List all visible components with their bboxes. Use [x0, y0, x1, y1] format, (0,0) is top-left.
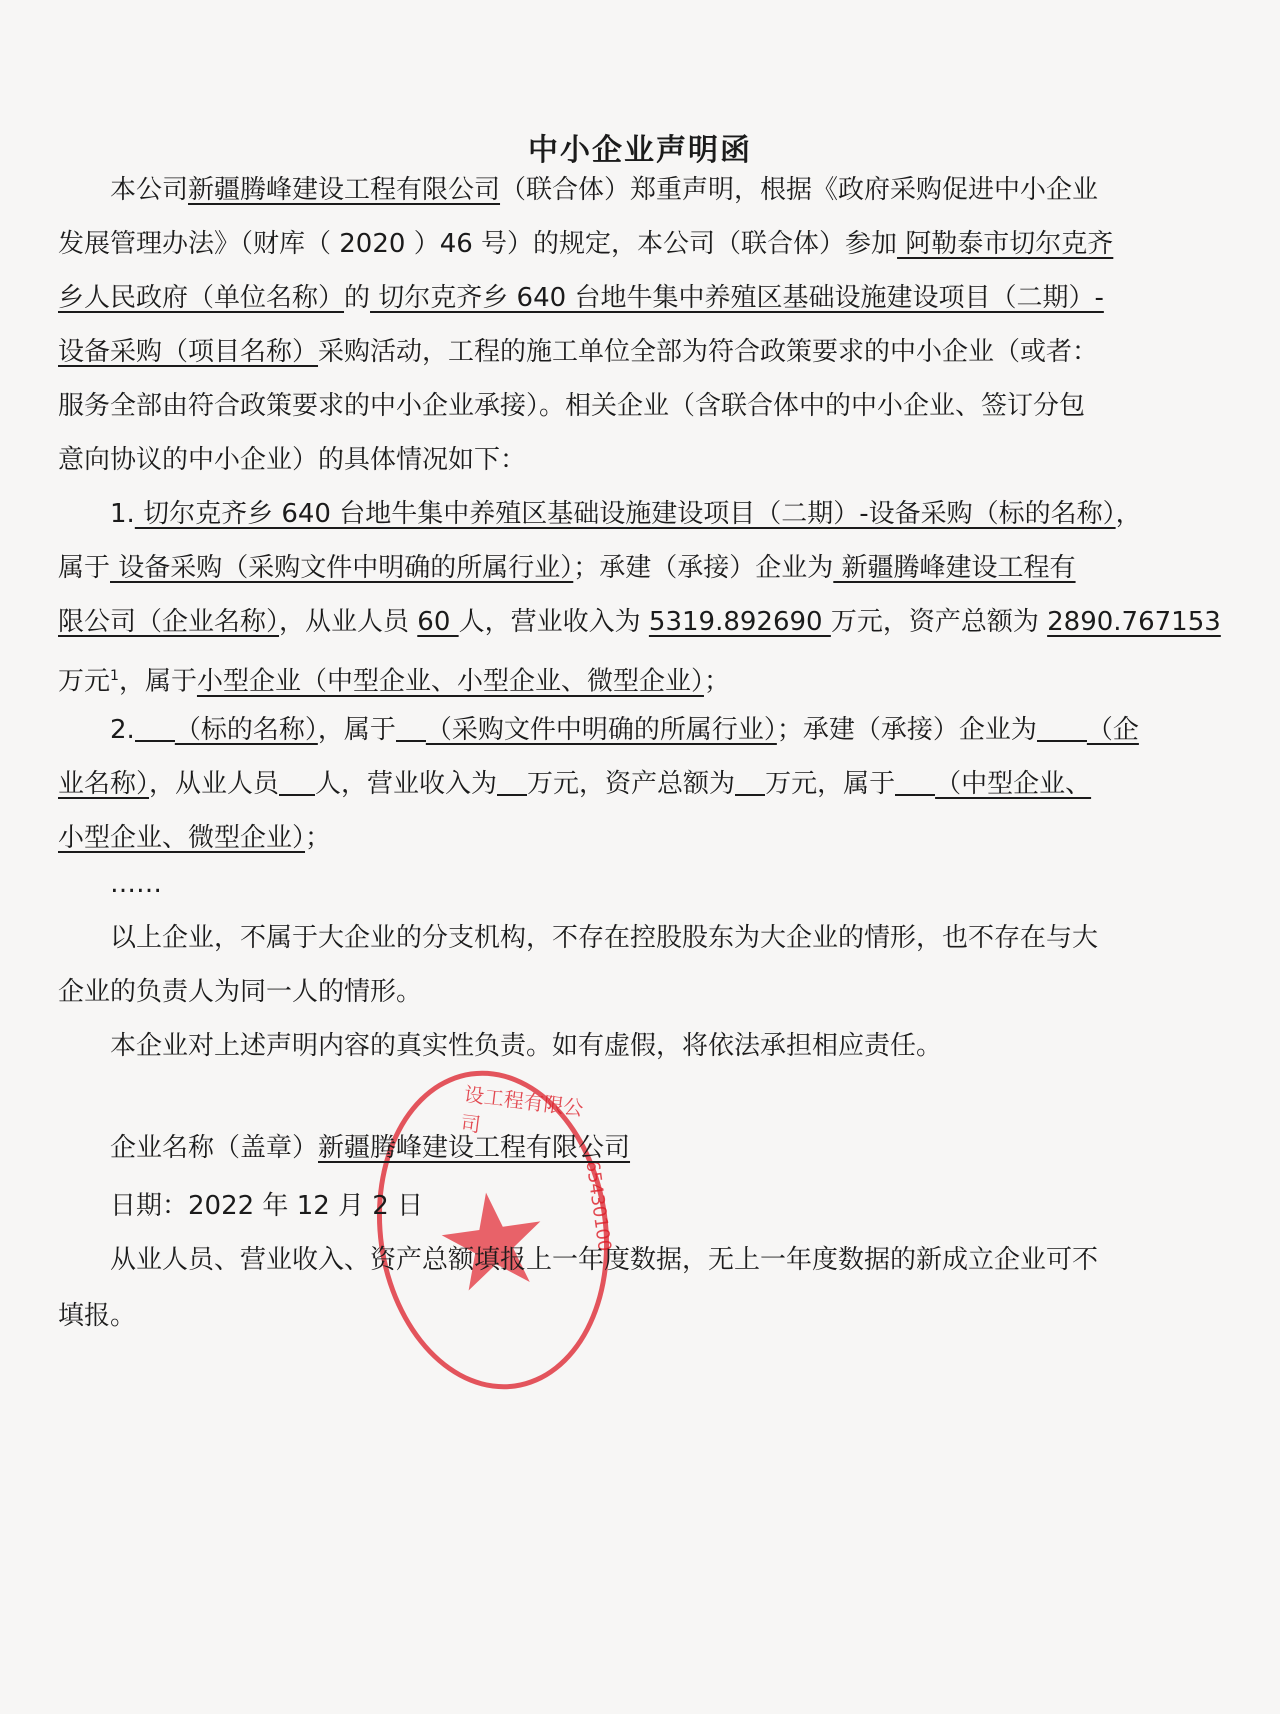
assets-value: 2890.767153 — [1047, 607, 1221, 637]
document-title: 中小企业声明函 — [0, 125, 1280, 169]
enterprise-size: 小型企业（中型企业、小型企业、微型企业） — [197, 667, 704, 697]
lot-name: 切尔克齐乡 640 台地牛集中养殖区基础设施建设项目（二期）-设备采购（标的名称… — [135, 499, 1116, 529]
buyer-name: 阿勒泰市切尔克齐 — [897, 229, 1113, 259]
blank-field — [895, 768, 935, 796]
item1-line-1: 1. 切尔克齐乡 640 台地牛集中养殖区基础设施建设项目（二期）-设备采购（标… — [58, 496, 1223, 532]
lot-name: （标的名称） — [175, 715, 318, 745]
project-name: 设备采购（项目名称） — [58, 337, 318, 367]
text: 万元 — [58, 667, 110, 697]
text: 人，营业收入为 — [459, 607, 649, 637]
intro-line-3: 乡人民政府（单位名称）的 切尔克齐乡 640 台地牛集中养殖区基础设施建设项目（… — [58, 280, 1223, 316]
footnote-marker: 1 — [110, 668, 119, 684]
text: 发展管理办法》（财库（ 2020 ）46 号）的规定，本公司（联合体）参加 — [58, 229, 897, 259]
industry: （采购文件中明确的所属行业） — [426, 715, 777, 745]
enterprise-size: 小型企业、微型企业） — [58, 823, 305, 853]
text: ，属于 — [318, 715, 396, 745]
item2-line-1: 2.（标的名称），属于（采购文件中明确的所属行业）；承建（承接）企业为（企 — [58, 712, 1223, 748]
company-seal: 设工程有限公司 ★ 65430100 — [357, 1056, 629, 1405]
item-number: 1. — [110, 499, 135, 529]
item2-line-3: 小型企业、微型企业）； — [58, 820, 1223, 856]
signature-label: 企业名称（盖章） — [110, 1133, 318, 1163]
contractor-name: 限公司（企业名称） — [58, 607, 279, 637]
text: ，属于 — [119, 667, 197, 697]
text: ； — [704, 667, 730, 697]
buyer-name: 乡人民政府（单位名称） — [58, 283, 344, 313]
statement-line-1: 以上企业，不属于大企业的分支机构，不存在控股股东为大企业的情形，也不存在与大 — [58, 920, 1223, 956]
text: （联合体）郑重声明，根据《政府采购促进中小企业 — [500, 175, 1098, 205]
signature-company: 新疆腾峰建设工程有限公司 — [318, 1133, 630, 1163]
text: 本公司 — [110, 175, 188, 205]
item1-line-4: 万元1，属于小型企业（中型企业、小型企业、微型企业）； — [58, 658, 1223, 700]
footnote-line-2: 填报。 — [58, 1298, 1223, 1334]
text: ； — [305, 823, 331, 853]
project-name: 切尔克齐乡 640 台地牛集中养殖区基础设施建设项目（二期）- — [370, 283, 1104, 313]
company-name: 新疆腾峰建设工程有限公司 — [188, 175, 500, 205]
revenue-blank — [497, 768, 527, 796]
text: ， — [1116, 499, 1142, 529]
item-number: 2. — [110, 715, 135, 745]
text: ；承建（承接）企业为 — [777, 715, 1037, 745]
blank-field — [135, 714, 175, 742]
item2-line-2: 业名称），从业人员人，营业收入为万元，资产总额为万元，属于（中型企业、 — [58, 766, 1223, 802]
signature-line: 企业名称（盖章）新疆腾峰建设工程有限公司 — [58, 1130, 1275, 1166]
item1-line-3: 限公司（企业名称），从业人员 60 人，营业收入为 5319.892690 万元… — [58, 604, 1223, 640]
blank-field — [396, 714, 426, 742]
employees-blank — [279, 768, 315, 796]
text: ，从业人员 — [149, 769, 279, 799]
employees-value: 60 — [417, 607, 458, 637]
intro-line-5: 服务全部由符合政策要求的中小企业承接）。相关企业（含联合体中的中小企业、签订分包 — [58, 388, 1223, 424]
contractor-name: 新疆腾峰建设工程有 — [833, 553, 1075, 583]
contractor-name: 业名称） — [58, 769, 149, 799]
industry: 设备采购（采购文件中明确的所属行业） — [110, 553, 573, 583]
text: 万元，资产总额为 — [831, 607, 1047, 637]
item1-line-2: 属于 设备采购（采购文件中明确的所属行业）；承建（承接）企业为 新疆腾峰建设工程… — [58, 550, 1223, 586]
footnote-line-1: 从业人员、营业收入、资产总额填报上一年度数据，无上一年度数据的新成立企业可不 — [58, 1242, 1280, 1278]
text: 的 — [344, 283, 370, 313]
blank-field — [1037, 714, 1087, 742]
contractor-name: （企 — [1087, 715, 1139, 745]
statement-line-2: 企业的负责人为同一人的情形。 — [58, 974, 1223, 1010]
intro-line-6: 意向协议的中小企业）的具体情况如下： — [58, 442, 1223, 478]
ellipsis: …… — [58, 866, 1275, 902]
text: 采购活动，工程的施工单位全部为符合政策要求的中小企业（或者： — [318, 337, 1098, 367]
intro-line-4: 设备采购（项目名称）采购活动，工程的施工单位全部为符合政策要求的中小企业（或者： — [58, 334, 1223, 370]
revenue-value: 5319.892690 — [649, 607, 831, 637]
text: 万元，资产总额为 — [527, 769, 735, 799]
text: 属于 — [58, 553, 110, 583]
statement-line-3: 本企业对上述声明内容的真实性负责。如有虚假，将依法承担相应责任。 — [58, 1028, 1275, 1064]
text: ；承建（承接）企业为 — [573, 553, 833, 583]
intro-line-2: 发展管理办法》（财库（ 2020 ）46 号）的规定，本公司（联合体）参加 阿勒… — [58, 226, 1223, 262]
date-line: 日期：2022 年 12 月 2 日 — [58, 1188, 1275, 1224]
text: ，从业人员 — [279, 607, 417, 637]
intro-line-1: 本公司新疆腾峰建设工程有限公司（联合体）郑重声明，根据《政府采购促进中小企业 — [58, 172, 1223, 208]
enterprise-size: （中型企业、 — [935, 769, 1091, 799]
text: 万元，属于 — [765, 769, 895, 799]
assets-blank — [735, 768, 765, 796]
document-page: 中小企业声明函 本公司新疆腾峰建设工程有限公司（联合体）郑重声明，根据《政府采购… — [0, 0, 1280, 1714]
text: 人，营业收入为 — [315, 769, 497, 799]
